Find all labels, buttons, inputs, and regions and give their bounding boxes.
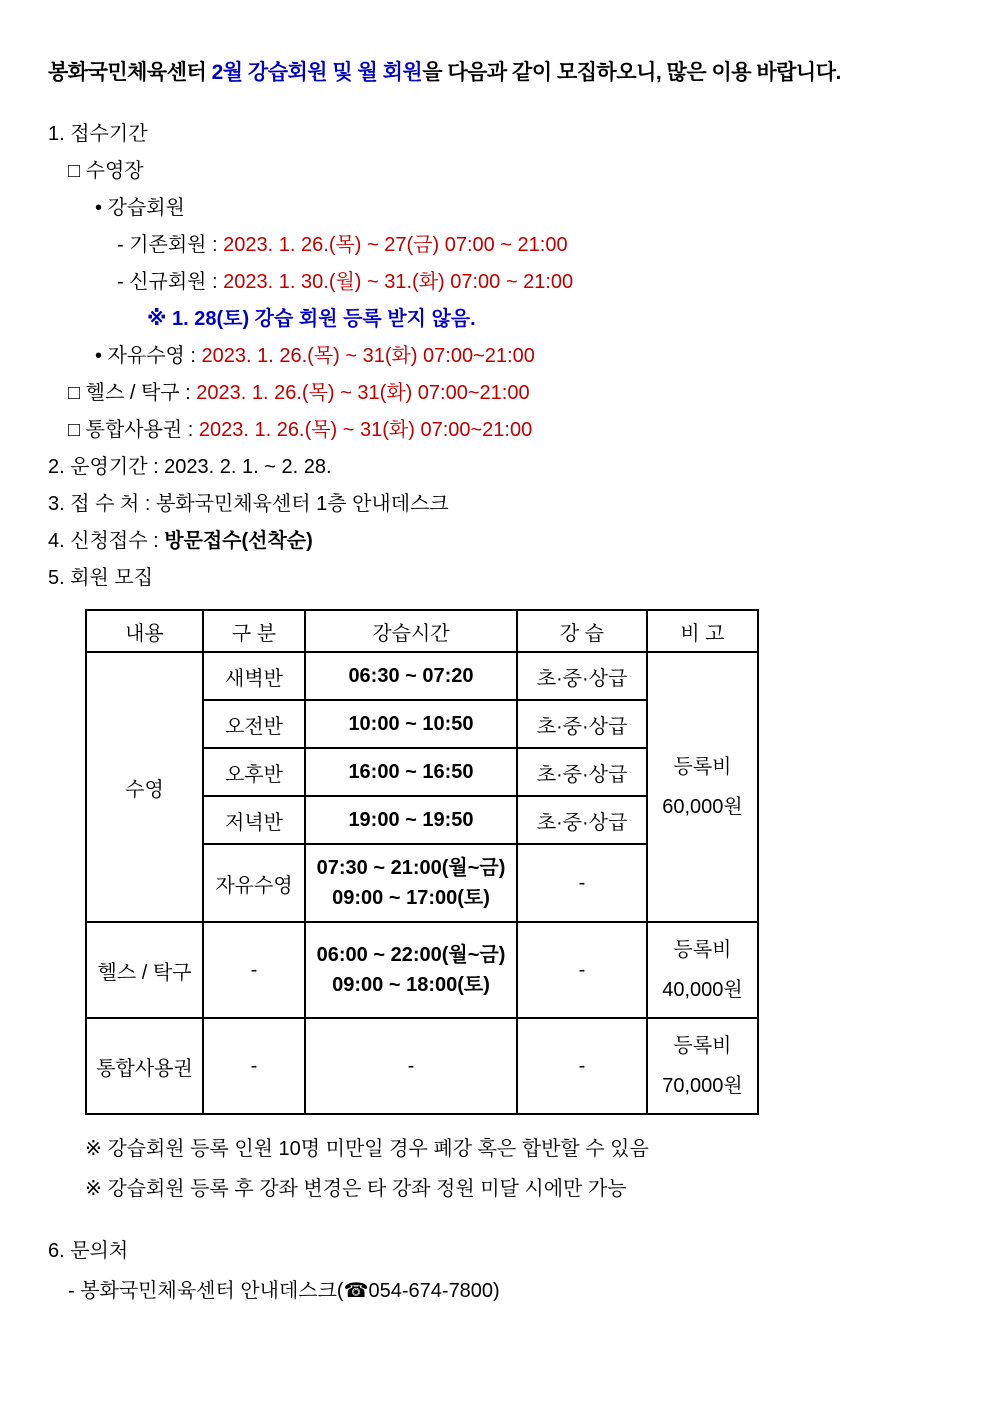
apply-method: 방문접수(선착순): [164, 530, 313, 552]
cell-time: -: [305, 1018, 517, 1114]
cell-time: 16:00 ~ 16:50: [305, 748, 517, 796]
remark-fee-label: 등록비: [652, 747, 753, 787]
title-part1: 봉화국민체육센터: [48, 61, 212, 84]
cell-class: -: [203, 922, 305, 1018]
remark-fee-amount: 70,000원: [652, 1066, 753, 1106]
cell-class: 자유수영: [203, 844, 305, 922]
time-weekday: 07:30 ~ 21:00(월~금): [310, 853, 512, 883]
new-member-period: 2023. 1. 30.(월) ~ 31.(화) 07:00 ~ 21:00: [223, 271, 573, 293]
time-saturday: 09:00 ~ 18:00(토): [310, 970, 512, 1000]
title-highlight: 2월 강습회원 및 월 회원: [212, 61, 423, 84]
new-member-line: - 신규회원 : 2023. 1. 30.(월) ~ 31.(화) 07:00 …: [48, 264, 956, 301]
cell-level: -: [517, 1018, 647, 1114]
cell-time: 06:30 ~ 07:20: [305, 652, 517, 700]
cell-time: 06:00 ~ 22:00(월~금) 09:00 ~ 18:00(토): [305, 922, 517, 1018]
table-row-pass: 통합사용권 - - - 등록비 70,000원: [86, 1018, 758, 1114]
cell-time: 07:30 ~ 21:00(월~금) 09:00 ~ 17:00(토): [305, 844, 517, 922]
header-lesson: 강 습: [517, 610, 647, 652]
cell-class: 오후반: [203, 748, 305, 796]
header-lesson-time: 강습시간: [305, 610, 517, 652]
time-weekday: 06:00 ~ 22:00(월~금): [310, 940, 512, 970]
cell-category-swim: 수영: [86, 652, 203, 922]
cell-level: 초·중·상급: [517, 652, 647, 700]
table-row-swim-dawn: 수영 새벽반 06:30 ~ 07:20 초·중·상급 등록비 60,000원: [86, 652, 758, 700]
section-5-recruit: 5. 회원 모집: [48, 560, 956, 597]
cell-time: 10:00 ~ 10:50: [305, 700, 517, 748]
new-member-label: - 신규회원 :: [117, 271, 223, 293]
gym-label: □ 헬스 / 탁구 :: [68, 382, 196, 404]
apply-label: 4. 신청접수 :: [48, 530, 164, 552]
member-table: 내용 구 분 강습시간 강 습 비 고 수영 새벽반 06:30 ~ 07:20…: [85, 609, 759, 1115]
pass-label: □ 통합사용권 :: [68, 419, 199, 441]
time-saturday: 09:00 ~ 17:00(토): [310, 883, 512, 913]
cell-category-gym: 헬스 / 탁구: [86, 922, 203, 1018]
header-content: 내용: [86, 610, 203, 652]
free-swim-line: • 자유수영 : 2023. 1. 26.(목) ~ 31(화) 07:00~2…: [48, 338, 956, 375]
table-header-row: 내용 구 분 강습시간 강 습 비 고: [86, 610, 758, 652]
cell-time: 19:00 ~ 19:50: [305, 796, 517, 844]
gym-period: 2023. 1. 26.(목) ~ 31(화) 07:00~21:00: [196, 382, 529, 404]
cell-level: 초·중·상급: [517, 796, 647, 844]
cell-remark-pass: 등록비 70,000원: [647, 1018, 758, 1114]
member-table-wrapper: 내용 구 분 강습시간 강 습 비 고 수영 새벽반 06:30 ~ 07:20…: [85, 609, 956, 1115]
pass-line: □ 통합사용권 : 2023. 1. 26.(목) ~ 31(화) 07:00~…: [48, 412, 956, 449]
contact-phone-line: - 봉화국민체육센터 안내데스크(☎054-674-7800): [48, 1271, 956, 1311]
header-remark: 비 고: [647, 610, 758, 652]
table-row-gym: 헬스 / 탁구 - 06:00 ~ 22:00(월~금) 09:00 ~ 18:…: [86, 922, 758, 1018]
cell-class: 오전반: [203, 700, 305, 748]
section-4-apply: 4. 신청접수 : 방문접수(선착순): [48, 523, 956, 560]
contact-section: 6. 문의처 - 봉화국민체육센터 안내데스크(☎054-674-7800): [48, 1231, 956, 1311]
cell-class: 저녁반: [203, 796, 305, 844]
remark-fee-label: 등록비: [652, 1026, 753, 1066]
existing-member-label: - 기존회원 :: [117, 234, 223, 256]
remark-fee-amount: 60,000원: [652, 787, 753, 827]
gym-line: □ 헬스 / 탁구 : 2023. 1. 26.(목) ~ 31(화) 07:0…: [48, 375, 956, 412]
free-swim-period: 2023. 1. 26.(목) ~ 31(화) 07:00~21:00: [202, 345, 535, 367]
free-swim-label: • 자유수영 :: [95, 345, 202, 367]
cell-category-pass: 통합사용권: [86, 1018, 203, 1114]
cell-level: 초·중·상급: [517, 748, 647, 796]
document: 봉화국민체육센터 2월 강습회원 및 월 회원을 다음과 같이 모집하오니, 많…: [0, 0, 992, 1311]
section-2-operation: 2. 운영기간 : 2023. 2. 1. ~ 2. 28.: [48, 449, 956, 486]
section-3-desk: 3. 접 수 처 : 봉화국민체육센터 1층 안내데스크: [48, 486, 956, 523]
pass-period: 2023. 1. 26.(목) ~ 31(화) 07:00~21:00: [199, 419, 532, 441]
title-part3: 을 다음과 같이 모집하오니, 많은 이용 바랍니다.: [422, 61, 841, 84]
header-division: 구 분: [203, 610, 305, 652]
cell-level: -: [517, 922, 647, 1018]
section-6-heading: 6. 문의처: [48, 1231, 956, 1271]
cell-level: -: [517, 844, 647, 922]
existing-member-period: 2023. 1. 26.(목) ~ 27(금) 07:00 ~ 21:00: [223, 234, 567, 256]
table-notes: ※ 강습회원 등록 인원 10명 미만일 경우 폐강 혹은 합반할 수 있음 ※…: [85, 1129, 956, 1209]
cell-class: 새벽반: [203, 652, 305, 700]
cell-remark-swim: 등록비 60,000원: [647, 652, 758, 922]
cell-level: 초·중·상급: [517, 700, 647, 748]
saturday-note: ※ 1. 28(토) 강습 회원 등록 받지 않음.: [48, 301, 956, 338]
section-1-heading: 1. 접수기간: [48, 116, 956, 153]
note-min-enrollment: ※ 강습회원 등록 인원 10명 미만일 경우 폐강 혹은 합반할 수 있음: [85, 1129, 956, 1169]
page-title: 봉화국민체육센터 2월 강습회원 및 월 회원을 다음과 같이 모집하오니, 많…: [48, 60, 956, 86]
remark-fee-label: 등록비: [652, 930, 753, 970]
remark-fee-amount: 40,000원: [652, 970, 753, 1010]
cell-remark-gym: 등록비 40,000원: [647, 922, 758, 1018]
existing-member-line: - 기존회원 : 2023. 1. 26.(목) ~ 27(금) 07:00 ~…: [48, 227, 956, 264]
cell-class: -: [203, 1018, 305, 1114]
lesson-member-label: • 강습회원: [48, 190, 956, 227]
pool-label: □ 수영장: [48, 153, 956, 190]
note-class-change: ※ 강습회원 등록 후 강좌 변경은 타 강좌 정원 미달 시에만 가능: [85, 1169, 956, 1209]
